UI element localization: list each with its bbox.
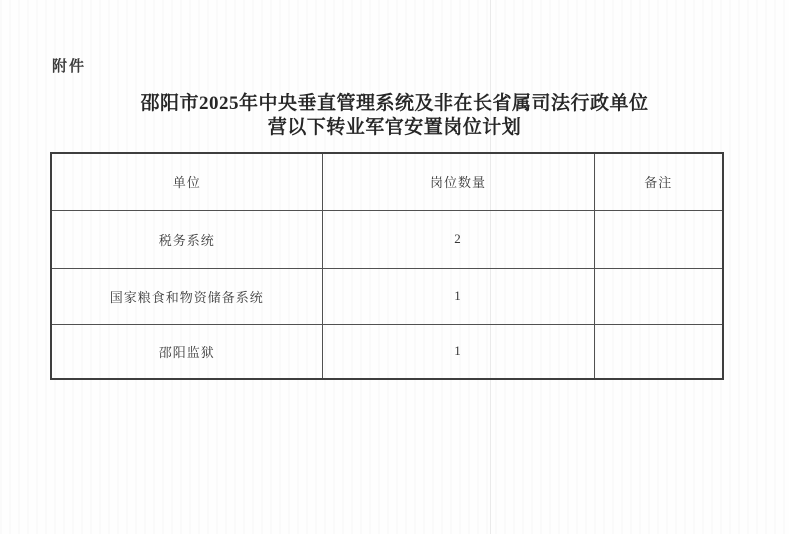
cell-note	[594, 324, 723, 379]
cell-note	[594, 210, 723, 268]
scanned-document-page: 附件 邵阳市2025年中央垂直管理系统及非在长省属司法行政单位 营以下转业军官安…	[0, 0, 789, 534]
table-row: 税务系统 2	[51, 210, 723, 268]
table-row: 国家粮食和物资储备系统 1	[51, 268, 723, 324]
document-title: 邵阳市2025年中央垂直管理系统及非在长省属司法行政单位 营以下转业军官安置岗位…	[0, 92, 789, 140]
cell-unit: 国家粮食和物资储备系统	[51, 268, 322, 324]
cell-position-count: 2	[322, 210, 594, 268]
column-header-note: 备注	[594, 153, 723, 210]
cell-unit: 邵阳监狱	[51, 324, 322, 379]
document-title-line-1: 邵阳市2025年中央垂直管理系统及非在长省属司法行政单位	[0, 92, 789, 116]
document-title-line-2: 营以下转业军官安置岗位计划	[0, 116, 789, 140]
column-header-unit: 单位	[51, 153, 322, 210]
column-header-position-count: 岗位数量	[322, 153, 594, 210]
table-header-row: 单位 岗位数量 备注	[51, 153, 723, 210]
cell-position-count: 1	[322, 324, 594, 379]
table-row: 邵阳监狱 1	[51, 324, 723, 379]
cell-unit: 税务系统	[51, 210, 322, 268]
cell-position-count: 1	[322, 268, 594, 324]
cell-note	[594, 268, 723, 324]
attachment-label: 附件	[52, 55, 86, 76]
placement-plan-table: 单位 岗位数量 备注 税务系统 2 国家粮食和物资储备系统 1 邵阳监狱 1	[50, 152, 724, 380]
